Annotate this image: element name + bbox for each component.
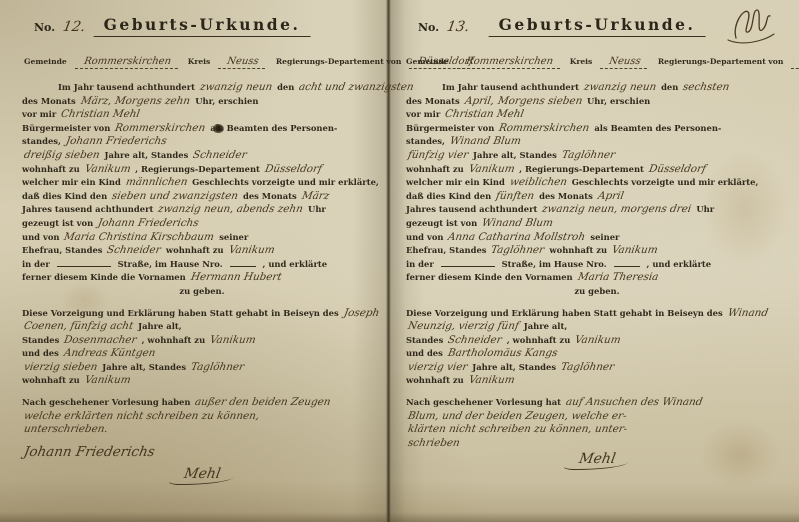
handwritten-text: Vanikum — [207, 334, 259, 346]
kreis-label: Kreis — [188, 57, 211, 66]
handwritten-text: sieben und zwanzigsten — [109, 190, 241, 202]
handwritten-text: unterschrieben. — [21, 423, 111, 435]
handwritten-text: Mehl — [563, 451, 630, 470]
handwritten-text: Morgens zehn — [112, 95, 193, 107]
number-label: No. — [418, 21, 439, 34]
handwritten-text: Neunzig, vierzig fünf — [405, 320, 522, 332]
form-line: und von Anna Catharina Mollstroh seiner — [406, 225, 788, 239]
handwritten-text: außer den beiden Zeugen — [192, 396, 334, 408]
certificate-number-group: No. 12. — [34, 16, 85, 35]
handwritten-text: Schneider — [445, 334, 505, 346]
form-line: in der Straße, im Hause Nro. , und erklä… — [22, 252, 382, 266]
handwritten-text: April, — [462, 95, 497, 107]
handwritten-text: Taglöhner — [559, 149, 618, 161]
gemeinde-value: Rommerskirchen — [75, 56, 180, 69]
certificate-header: No. 13. Geburts-Urkunde. — [406, 13, 788, 43]
handwritten-text: zwanzig neun, morgens drei — [539, 203, 694, 215]
certificate-number-group: No. 13. — [418, 16, 469, 35]
form-line: Mehl — [22, 463, 382, 483]
handwritten-text: Vanikum — [82, 374, 134, 386]
printed-text: zu geben. — [574, 286, 619, 296]
handwritten-text: Vanikum — [82, 163, 134, 175]
handwritten-text: sechsten — [680, 81, 732, 93]
handwritten-text: Johann Friederichs — [63, 135, 170, 147]
handwritten-text: welche erklärten nicht schreiben zu könn… — [21, 410, 262, 422]
handwritten-text: Dosenmacher — [61, 334, 140, 346]
number-label: No. — [34, 21, 55, 34]
handwritten-text: Düsseldorf — [262, 163, 325, 175]
handwritten-text: März, — [78, 95, 115, 107]
gemeinde-label: Gemeinde — [406, 57, 449, 66]
kreis-value: Neuss — [600, 56, 650, 69]
handwritten-text: Rommerskirchen — [496, 122, 592, 134]
form-line: Im Jahr tausend achthundert zwanzig neun… — [406, 75, 788, 89]
handwritten-text: männlichen — [123, 176, 191, 188]
handwritten-text: Schneider — [104, 244, 164, 256]
certificate-page-right: No. 13. Geburts-Urkunde. Gemeinde Rommer… — [406, 0, 788, 522]
handwritten-text: Blum, und der beiden Zeugen, welche er- — [405, 410, 630, 422]
form-line: Mehl — [406, 448, 788, 468]
handwritten-text: acht und zwanzigsten — [296, 81, 417, 93]
printed-text: ferner diesem Kinde die Vornamen — [22, 272, 189, 282]
certificate-number: 13. — [446, 19, 471, 35]
certificate-header: No. 12. Geburts-Urkunde. — [22, 13, 382, 43]
handwritten-text: zwanzig neun, abends zehn — [155, 203, 306, 215]
handwritten-text: Mehl — [168, 466, 235, 485]
handwritten-text: Maria Christina Kirschbaum — [61, 231, 217, 243]
register-book-photo: No. 12. Geburts-Urkunde. Gemeinde Rommer… — [0, 0, 799, 522]
handwritten-text: Coenen, fünfzig acht — [21, 320, 136, 332]
printed-text: als Beamten des Personen- — [591, 123, 721, 133]
handwritten-text: Vanikum — [572, 334, 624, 346]
form-line: Johann Friederichs — [22, 441, 382, 459]
jurisdiction-line: Gemeinde Rommerskirchen Kreis Neuss Regi… — [406, 49, 788, 65]
printed-text: zu geben. — [179, 286, 224, 296]
handwritten-text: Rommerskirchen — [112, 122, 208, 134]
handwritten-text: Hermann Hubert — [188, 271, 285, 283]
handwritten-text: Taglöhner — [188, 361, 247, 373]
page-right-lines: Im Jahr tausend achthundert zwanzig neun… — [406, 75, 788, 468]
certificate-page-left: No. 12. Geburts-Urkunde. Gemeinde Rommer… — [22, 0, 382, 522]
printed-text: als Beamten des Personen- — [207, 123, 337, 133]
kreis-value: Neuss — [218, 56, 268, 69]
departement-value: Düsseldorf — [791, 56, 799, 69]
handwritten-text: Christian Mehl — [58, 108, 143, 120]
handwritten-text: Vanikum — [225, 244, 277, 256]
printed-text: wohnhaft zu — [22, 375, 83, 385]
handwritten-text: Andreas Küntgen — [61, 347, 159, 359]
handwritten-text: Taglöhner — [488, 244, 547, 256]
handwritten-text: weiblichen — [507, 176, 570, 188]
handwritten-text: Vanikum — [609, 244, 661, 256]
handwritten-text: Winand Blum — [479, 217, 556, 229]
handwritten-text: zwanzig neun — [197, 81, 275, 93]
handwritten-text: Maria Theresia — [575, 271, 661, 283]
handwritten-text: klärten nicht schreiben zu können, unter… — [405, 423, 630, 435]
printed-text: Uhr — [305, 204, 326, 214]
handwritten-text: Joseph — [341, 307, 382, 319]
form-line: und von Maria Christina Kirschbaum seine… — [22, 225, 382, 239]
handwritten-text: Johann Friederichs — [95, 217, 202, 229]
form-line: Diese Vorzeigung und Erklärung haben Sta… — [22, 301, 382, 315]
printed-text: den — [274, 82, 297, 92]
handwritten-text: vierzig sieben — [21, 361, 100, 373]
handwritten-text: Vanikum — [466, 163, 518, 175]
printed-text: Uhr, erschien — [192, 96, 258, 106]
handwritten-text: Winand — [725, 307, 771, 319]
handwritten-text: Winand Blum — [447, 135, 524, 147]
handwritten-text: zwanzig neun — [581, 81, 659, 93]
handwritten-text: April — [595, 190, 627, 202]
form-line: in der Straße, im Hause Nro. , und erklä… — [406, 252, 788, 266]
form-line: ferner diesem Kinde die Vornamen Hermann… — [22, 265, 382, 279]
gemeinde-value: Rommerskirchen — [457, 56, 562, 69]
printed-text: Uhr, erschien — [584, 96, 650, 106]
printed-text: ferner diesem Kinde den Vornamen — [406, 272, 576, 282]
gemeinde-label: Gemeinde — [24, 57, 67, 66]
handwritten-text: März — [299, 190, 332, 202]
form-line: welcher mir ein Kind weiblichen Geschlec… — [406, 170, 788, 184]
handwritten-text: Bartholomäus Kangs — [445, 347, 561, 359]
handwritten-text: Düsseldorf — [646, 163, 709, 175]
handwritten-text: Morgens sieben — [495, 95, 585, 107]
form-line: welcher mir ein Kind männlichen Geschlec… — [22, 170, 382, 184]
handwritten-text: fünfzig vier — [405, 149, 471, 161]
handwritten-text: dreißig sieben — [21, 149, 103, 161]
handwritten-text: fünften — [493, 190, 537, 202]
form-line: Nach geschehener Vorlesung haben außer d… — [22, 390, 382, 404]
jurisdiction-line: Gemeinde Rommerskirchen Kreis Neuss Regi… — [22, 49, 382, 65]
handwritten-text: Taglöhner — [558, 361, 617, 373]
form-line: daß dies Kind den sieben und zwanzigsten… — [22, 184, 382, 198]
handwritten-text: auf Ansuchen des Winand — [563, 396, 706, 408]
kreis-label: Kreis — [570, 57, 593, 66]
certificate-title: Geburts-Urkunde. — [489, 15, 706, 37]
departement-label: Regierungs-Departement von — [276, 57, 401, 66]
form-line: ferner diesem Kinde den Vornamen Maria T… — [406, 265, 788, 279]
printed-text: Uhr — [693, 204, 714, 214]
handwritten-text: Johann Friederichs — [21, 444, 159, 460]
page-left-lines: Im Jahr tausend achthundert zwanzig neun… — [22, 75, 382, 483]
handwritten-text: Vanikum — [466, 374, 518, 386]
printed-text: den — [658, 82, 681, 92]
certificate-number: 12. — [62, 19, 87, 35]
certificate-title: Geburts-Urkunde. — [94, 15, 311, 37]
handwritten-text: schrieben — [405, 437, 463, 449]
handwritten-text: Schneider — [190, 149, 250, 161]
form-line: Diese Vorzeigung und Erklärung haben Sta… — [406, 301, 788, 315]
handwritten-text: Anna Catharina Mollstroh — [445, 231, 588, 243]
departement-label: Regierungs-Departement von — [658, 57, 783, 66]
form-line: Im Jahr tausend achthundert zwanzig neun… — [22, 75, 382, 89]
printed-text: wohnhaft zu — [406, 375, 467, 385]
form-line: Nach geschehener Vorlesung hat auf Ansuc… — [406, 390, 788, 404]
handwritten-text: Christian Mehl — [442, 108, 527, 120]
handwritten-text: vierzig vier — [405, 361, 470, 373]
